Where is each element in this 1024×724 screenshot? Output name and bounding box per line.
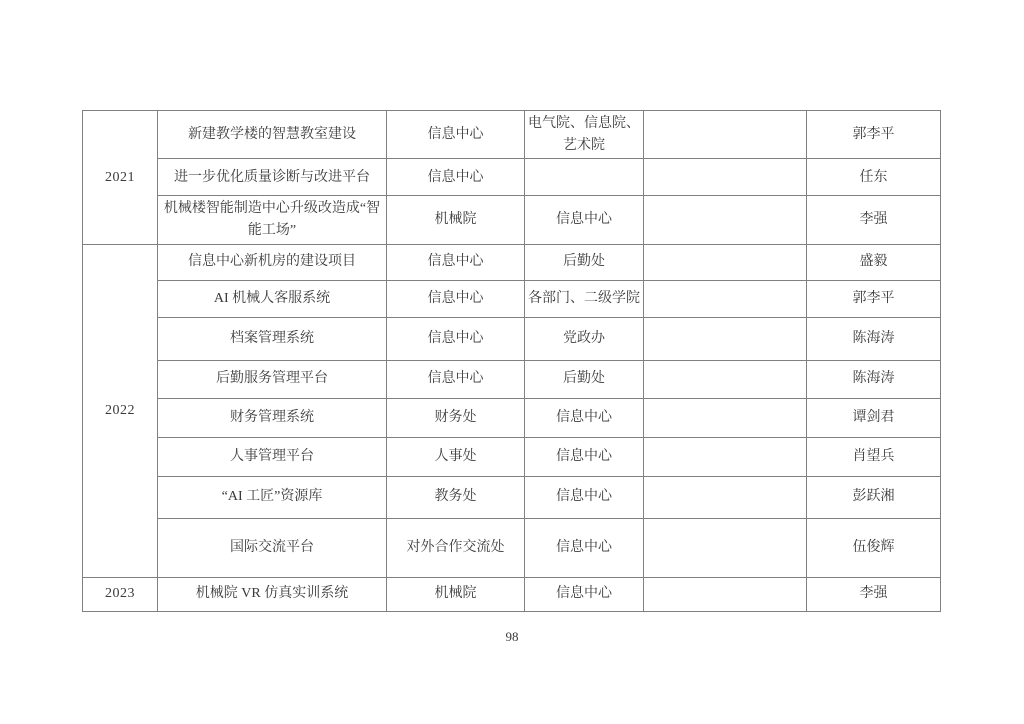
person-cell: 陈海涛 <box>807 317 941 360</box>
lead-dept-cell: 人事处 <box>387 437 525 476</box>
lead-dept-cell: 机械院 <box>387 577 525 611</box>
project-cell: 机械院 VR 仿真实训系统 <box>158 577 387 611</box>
coop-dept-cell: 信息中心 <box>525 437 644 476</box>
blank-cell <box>644 111 807 159</box>
person-cell: 郭李平 <box>807 280 941 317</box>
project-cell: 新建教学楼的智慧教室建设 <box>158 111 387 159</box>
coop-dept-cell: 信息中心 <box>525 398 644 437</box>
lead-dept-cell: 教务处 <box>387 476 525 518</box>
lead-dept-cell: 机械院 <box>387 196 525 244</box>
person-cell: 彭跃湘 <box>807 476 941 518</box>
blank-cell <box>644 360 807 398</box>
coop-dept-cell: 后勤处 <box>525 244 644 280</box>
blank-cell <box>644 577 807 611</box>
person-cell: 郭李平 <box>807 111 941 159</box>
project-cell: “AI 工匠”资源库 <box>158 476 387 518</box>
page-number: 98 <box>0 629 1024 645</box>
coop-dept-cell: 信息中心 <box>525 476 644 518</box>
person-cell: 谭剑君 <box>807 398 941 437</box>
year-cell: 2023 <box>83 577 158 611</box>
project-cell: 财务管理系统 <box>158 398 387 437</box>
project-cell: 进一步优化质量诊断与改进平台 <box>158 159 387 196</box>
blank-cell <box>644 280 807 317</box>
person-cell: 任东 <box>807 159 941 196</box>
project-cell: 人事管理平台 <box>158 437 387 476</box>
project-cell: 档案管理系统 <box>158 317 387 360</box>
person-cell: 李强 <box>807 577 941 611</box>
blank-cell <box>644 437 807 476</box>
lead-dept-cell: 信息中心 <box>387 280 525 317</box>
document-page: 2021 新建教学楼的智慧教室建设 信息中心 电气院、信息院、艺术院 郭李平 进… <box>0 0 1024 724</box>
project-cell: 国际交流平台 <box>158 518 387 577</box>
lead-dept-cell: 对外合作交流处 <box>387 518 525 577</box>
lead-dept-cell: 信息中心 <box>387 360 525 398</box>
coop-dept-cell: 信息中心 <box>525 577 644 611</box>
coop-dept-cell: 后勤处 <box>525 360 644 398</box>
project-cell: 信息中心新机房的建设项目 <box>158 244 387 280</box>
person-cell: 陈海涛 <box>807 360 941 398</box>
coop-dept-cell: 各部门、二级学院 <box>525 280 644 317</box>
person-cell: 李强 <box>807 196 941 244</box>
blank-cell <box>644 398 807 437</box>
blank-cell <box>644 244 807 280</box>
lead-dept-cell: 信息中心 <box>387 244 525 280</box>
project-cell: AI 机械人客服系统 <box>158 280 387 317</box>
lead-dept-cell: 信息中心 <box>387 317 525 360</box>
year-cell: 2022 <box>83 244 158 577</box>
blank-cell <box>644 317 807 360</box>
person-cell: 肖望兵 <box>807 437 941 476</box>
coop-dept-cell: 电气院、信息院、艺术院 <box>525 111 644 159</box>
blank-cell <box>644 476 807 518</box>
project-cell: 后勤服务管理平台 <box>158 360 387 398</box>
lead-dept-cell: 财务处 <box>387 398 525 437</box>
person-cell: 盛毅 <box>807 244 941 280</box>
lead-dept-cell: 信息中心 <box>387 111 525 159</box>
blank-cell <box>644 196 807 244</box>
coop-dept-cell: 信息中心 <box>525 196 644 244</box>
coop-dept-cell: 信息中心 <box>525 518 644 577</box>
blank-cell <box>644 159 807 196</box>
person-cell: 伍俊辉 <box>807 518 941 577</box>
coop-dept-cell <box>525 159 644 196</box>
project-cell: 机械楼智能制造中心升级改造成“智能工场” <box>158 196 387 244</box>
blank-cell <box>644 518 807 577</box>
year-cell: 2021 <box>83 111 158 245</box>
coop-dept-cell: 党政办 <box>525 317 644 360</box>
projects-table: 2021 新建教学楼的智慧教室建设 信息中心 电气院、信息院、艺术院 郭李平 进… <box>82 110 941 612</box>
lead-dept-cell: 信息中心 <box>387 159 525 196</box>
